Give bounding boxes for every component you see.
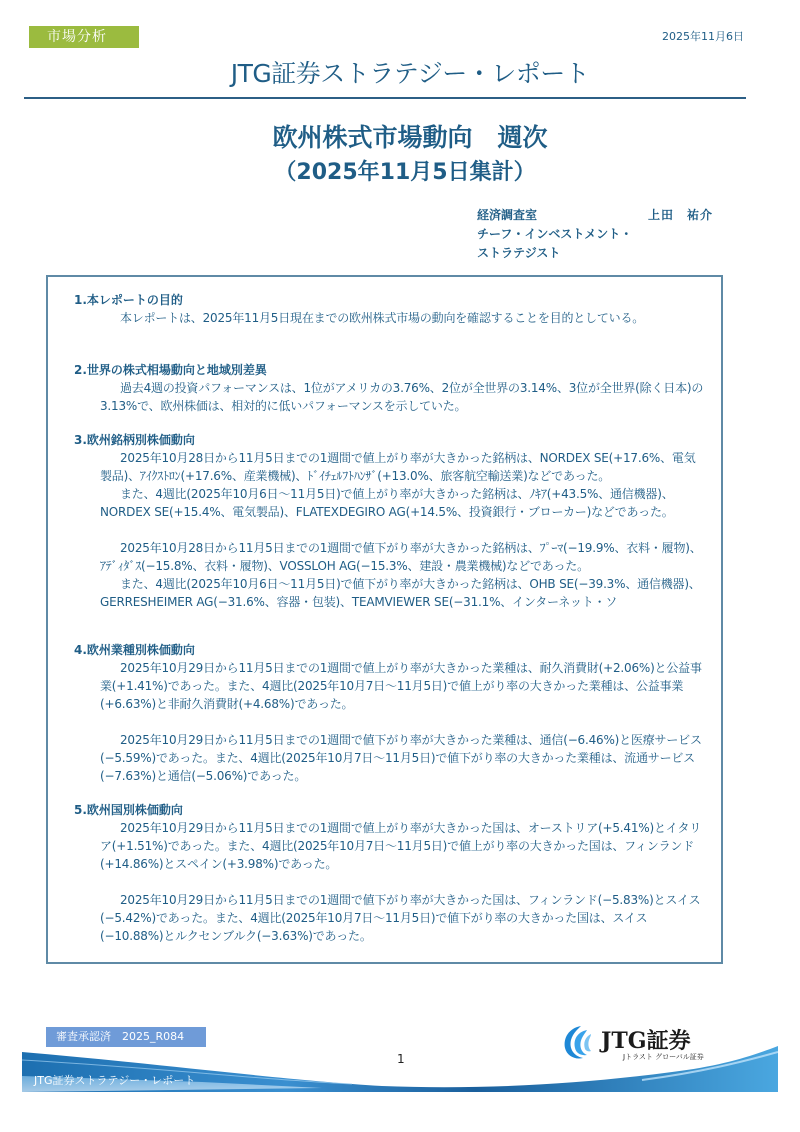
section-heading: 2.世界の株式相場動向と地域別差異: [74, 361, 704, 379]
section-paragraph: また、4週比(2025年10月6日～11月5日)で値上がり率が大きかった銘柄は、…: [74, 485, 704, 521]
logo-swirl-icon: [563, 1024, 595, 1060]
page-title: 欧州株式市場動向 週次: [0, 118, 800, 154]
section-paragraph: 2025年10月29日から11月5日までの1週間で値上がり率が大きかった業種は、…: [74, 659, 704, 713]
section-paragraph: 2025年10月29日から11月5日までの1週間で値下がり率が大きかった国は、フ…: [74, 891, 704, 945]
report-date: 2025年11月6日: [662, 28, 744, 44]
author-department: 経済調査室: [477, 206, 632, 225]
section-paragraph: 過去4週の投資パフォーマンスは、1位がアメリカの3.76%、2位が全世界の3.1…: [74, 379, 704, 415]
section-heading: 4.欧州業種別株価動向: [74, 641, 704, 659]
section-sectors: 4.欧州業種別株価動向 2025年10月29日から11月5日までの1週間で値上が…: [74, 641, 704, 785]
series-title: JTG証券ストラテジー・レポート: [0, 54, 800, 90]
section-countries: 5.欧州国別株価動向 2025年10月29日から11月5日までの1週間で値上がり…: [74, 801, 704, 945]
header-divider: [24, 97, 746, 99]
category-tag: 市場分析: [29, 26, 139, 48]
section-heading: 5.欧州国別株価動向: [74, 801, 704, 819]
section-paragraph: 本レポートは、2025年11月5日現在までの欧州株式市場の動向を確認することを目…: [74, 309, 704, 327]
company-logo: JTG証券 Jトラスト グローバル証券: [563, 1024, 723, 1064]
section-paragraph: また、4週比(2025年10月6日～11月5日)で値下がり率が大きかった銘柄は、…: [74, 575, 704, 611]
author-name: 上田 祐介: [648, 206, 713, 223]
report-content-box: 1.本レポートの目的 本レポートは、2025年11月5日現在までの欧州株式市場の…: [46, 275, 723, 964]
section-purpose: 1.本レポートの目的 本レポートは、2025年11月5日現在までの欧州株式市場の…: [74, 291, 704, 327]
approval-stamp: 審査承認済 2025_R084: [46, 1027, 206, 1047]
page-number: 1: [397, 1052, 405, 1066]
author-role-line2: ストラテジスト: [477, 244, 632, 263]
section-global-markets: 2.世界の株式相場動向と地域別差異 過去4週の投資パフォーマンスは、1位がアメリ…: [74, 361, 704, 415]
section-heading: 1.本レポートの目的: [74, 291, 704, 309]
section-paragraph: 2025年10月29日から11月5日までの1週間で値上がり率が大きかった国は、オ…: [74, 819, 704, 873]
author-role-line1: チーフ・インベストメント・: [477, 225, 632, 244]
section-stocks: 3.欧州銘柄別株価動向 2025年10月28日から11月5日までの1週間で値上が…: [74, 431, 704, 611]
footer-report-label: JTG証券ストラテジー・レポート: [34, 1072, 195, 1088]
logo-subtext: Jトラスト グローバル証券: [623, 1052, 704, 1062]
section-paragraph: 2025年10月28日から11月5日までの1週間で値上がり率が大きかった銘柄は、…: [74, 449, 704, 485]
logo-text: JTG証券: [601, 1024, 691, 1055]
author-block: 経済調査室 チーフ・インベストメント・ ストラテジスト: [477, 206, 632, 263]
section-paragraph: 2025年10月29日から11月5日までの1週間で値下がり率が大きかった業種は、…: [74, 731, 704, 785]
section-heading: 3.欧州銘柄別株価動向: [74, 431, 704, 449]
page-subtitle: （2025年11月5日集計）: [0, 155, 800, 186]
section-paragraph: 2025年10月28日から11月5日までの1週間で値下がり率が大きかった銘柄は、…: [74, 539, 704, 575]
